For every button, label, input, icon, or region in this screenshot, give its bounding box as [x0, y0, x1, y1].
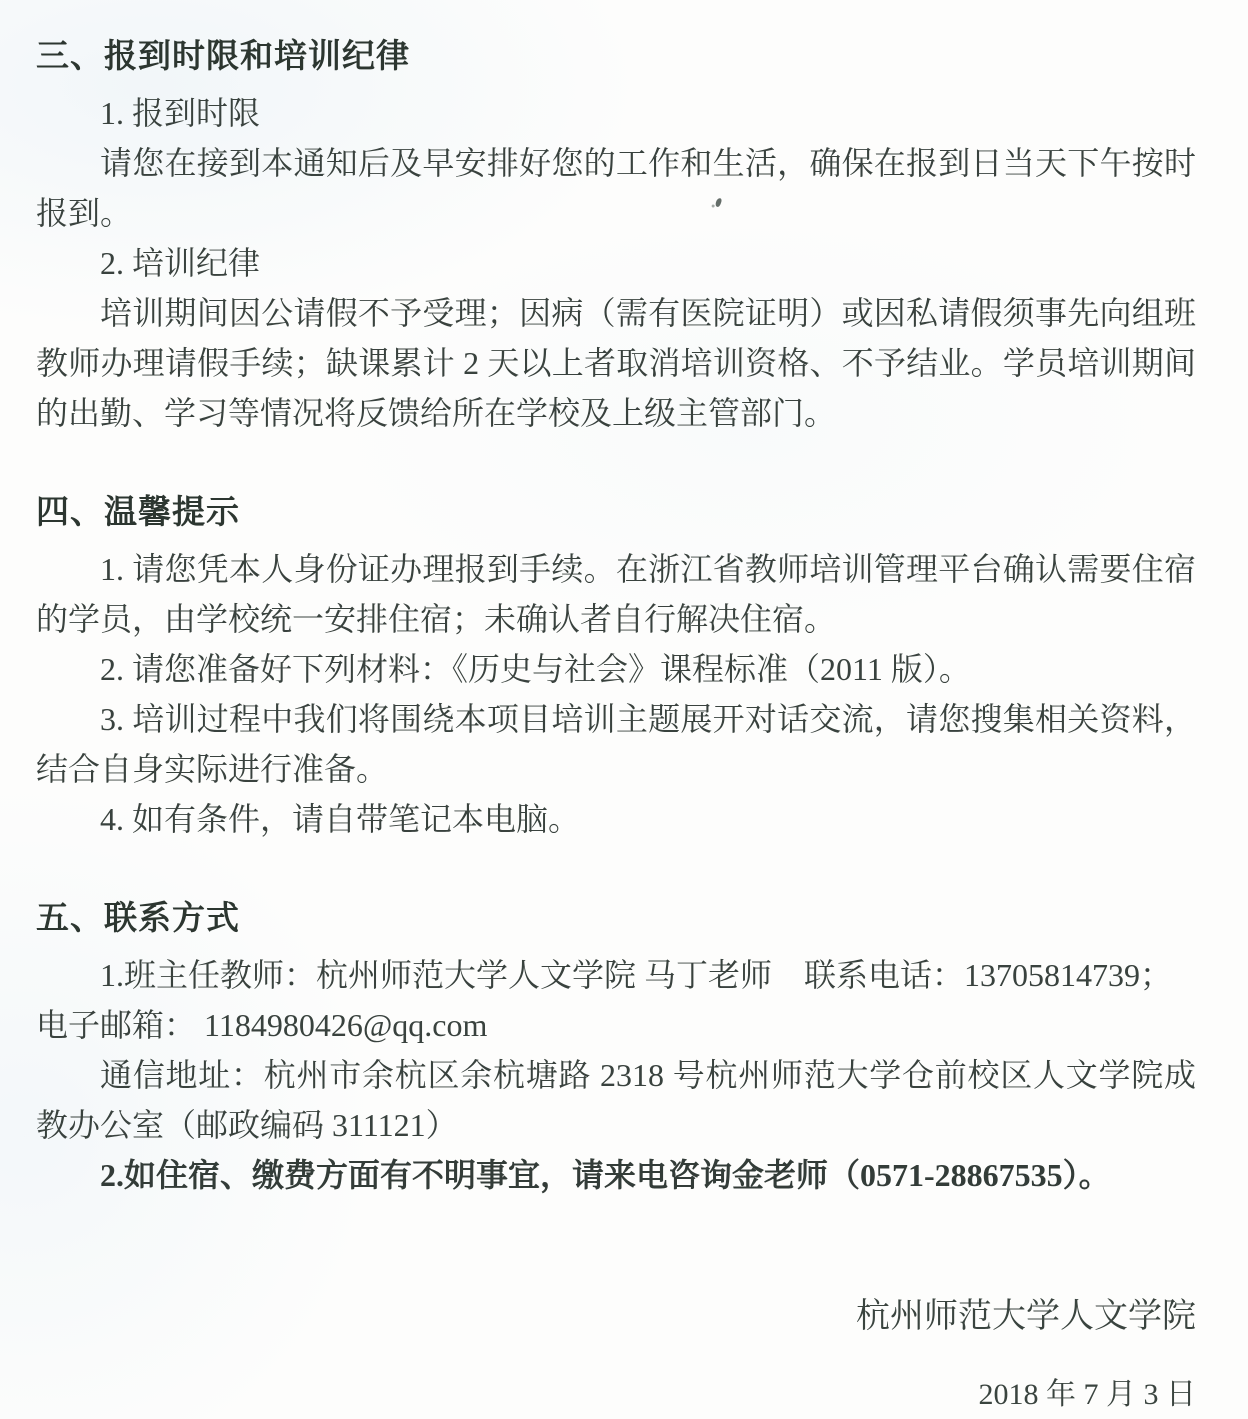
paragraph-accommodation-fee-contact: 2.如住宿、缴费方面有不明事宜，请来电咨询金老师（0571-28867535）。	[36, 1150, 1196, 1200]
paragraph-body: 4. 如有条件，请自带笔记本电脑。	[36, 794, 1196, 844]
section-heading: 三、报到时限和培训纪律	[36, 30, 1196, 82]
paragraph-subitem-title: 2. 培训纪律	[36, 238, 1196, 288]
section-report-time-discipline: 三、报到时限和培训纪律 1. 报到时限 请您在接到本通知后及早安排好您的工作和生…	[36, 30, 1196, 438]
section-contact-info: 五、联系方式 1.班主任教师：杭州师范大学人文学院 马丁老师 联系电话：1370…	[36, 892, 1196, 1200]
paragraph-body: 1. 请您凭本人身份证办理报到手续。在浙江省教师培训管理平台确认需要住宿的学员，…	[36, 544, 1196, 644]
section-warm-tips: 四、温馨提示 1. 请您凭本人身份证办理报到手续。在浙江省教师培训管理平台确认需…	[36, 486, 1196, 844]
scanned-notice-page: 三、报到时限和培训纪律 1. 报到时限 请您在接到本通知后及早安排好您的工作和生…	[0, 0, 1248, 1419]
paragraph-mailing-address: 通信地址：杭州市余杭区余杭塘路 2318 号杭州师范大学仓前校区人文学院成教办公…	[36, 1050, 1196, 1150]
paragraph-body: 2. 请您准备好下列材料：《历史与社会》课程标准（2011 版）。	[36, 644, 1196, 694]
paragraph-subitem-title: 1. 报到时限	[36, 88, 1196, 138]
signature-date: 2018 年 7 月 3 日	[36, 1370, 1196, 1419]
paragraph-body: 培训期间因公请假不予受理；因病（需有医院证明）或因私请假须事先向组班教师办理请假…	[36, 288, 1196, 438]
paragraph-contact-teacher: 1.班主任教师：杭州师范大学人文学院 马丁老师 联系电话：13705814739…	[36, 950, 1196, 1000]
section-heading: 四、温馨提示	[36, 486, 1196, 538]
section-heading: 五、联系方式	[36, 892, 1196, 944]
paragraph-body: 请您在接到本通知后及早安排好您的工作和生活，确保在报到日当天下午按时报到。	[36, 138, 1196, 238]
paragraph-body: 3. 培训过程中我们将围绕本项目培训主题展开对话交流，请您搜集相关资料，结合自身…	[36, 694, 1196, 794]
paragraph-email: 电子邮箱： 1184980426@qq.com	[36, 1000, 1196, 1050]
signature-organization: 杭州师范大学人文学院	[36, 1292, 1196, 1342]
